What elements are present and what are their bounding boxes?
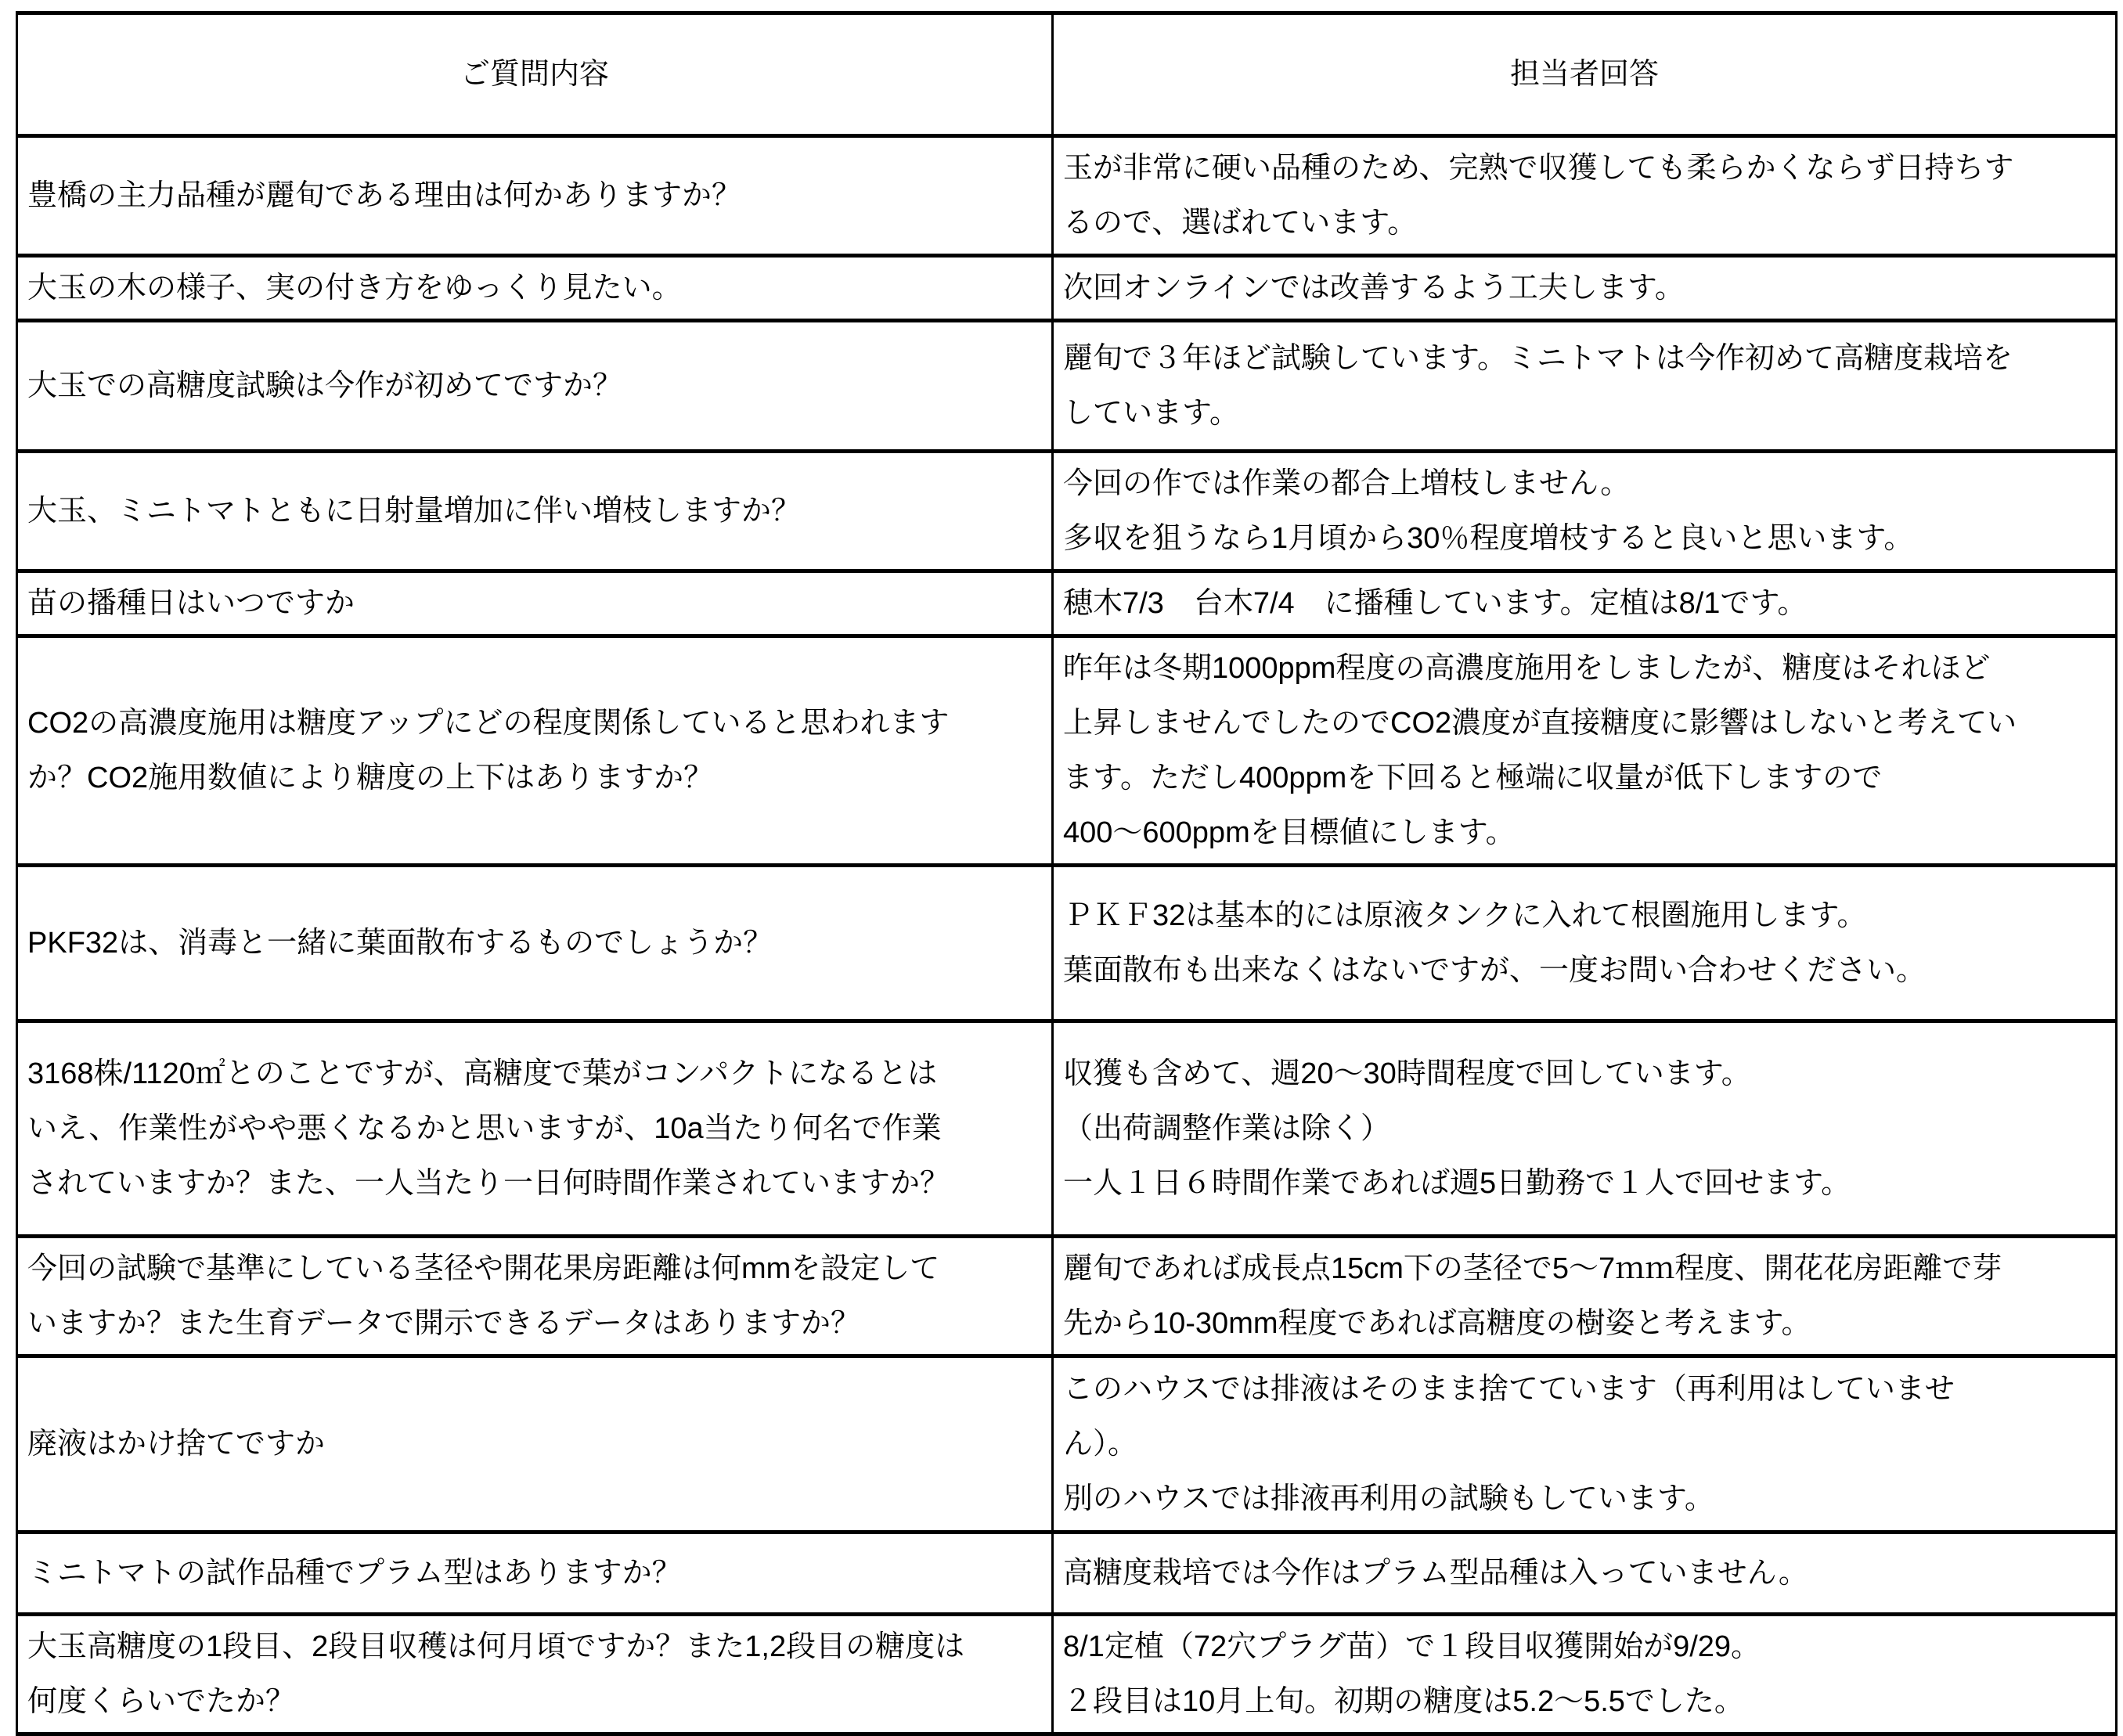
text-line: 3168株/1120㎡とのことですが、高糖度で葉がコンパクトになるとは [27,1046,1042,1101]
table-row: PKF32は、消毒と一緒に葉面散布するものでしょうか？ＰＫＦ32は基本的には原液… [17,866,2117,1021]
text-line: 豊橋の主力品種が麗旬である理由は何かありますか？ [27,168,1042,223]
text-line: 400～600ppmを目標値にします。 [1063,805,2106,860]
text-line: 多収を狙うなら1月頃から30％程度増枝すると良いと思います。 [1063,511,2106,566]
answer-cell: 8/1定植（72穴プラグ苗）で１段目収獲開始が9/29。２段目は10月上旬。初期… [1053,1615,2117,1734]
text-line: 玉が非常に硬い品種のため、完熟で収獲しても柔らかくならず日持ちす [1063,141,2106,196]
text-line: ２段目は10月上旬。初期の糖度は5.2～5.5でした。 [1063,1674,2106,1729]
text-line: 苗の播種日はいつですか [27,576,1042,631]
text-line: 穂木7/3 台木7/4 に播種しています。定植は8/1です。 [1063,576,2106,631]
text-line: 今回の試験で基準にしている茎径や開花果房距離は何mmを設定して [27,1241,1042,1296]
text-line: 大玉での高糖度試験は今作が初めてですか？ [27,358,1042,413]
text-line: 麗旬であれば成長点15cm下の茎径で5～7ｍｍ程度、開花花房距離で芽 [1063,1241,2106,1296]
text-line: 先から10-30mm程度であれば高糖度の樹姿と考えます。 [1063,1296,2106,1351]
text-line: るので、選ばれています。 [1063,196,2106,250]
text-line: 何度くらいでたか？ [27,1674,1042,1729]
text-line: 大玉高糖度の1段目、2段目収穫は何月頃ですか？また1,2段目の糖度は [27,1619,1042,1674]
answer-cell: 麗旬で３年ほど試験しています。ミニトマトは今作初めて高糖度栽培をしています。 [1053,321,2117,452]
text-line: このハウスでは排液はそのまま捨てています（再利用はしていませ [1063,1362,2106,1417]
text-line: 一人１日６時間作業であれば週5日勤務で１人で回せます。 [1063,1156,2106,1211]
text-line: か？CO2施用数値により糖度の上下はありますか？ [27,751,1042,805]
table-row: 大玉、ミニトマトともに日射量増加に伴い増枝しますか？今回の作では作業の都合上増枝… [17,452,2117,571]
text-line: 収獲も含めて、週20～30時間程度で回しています。 [1063,1046,2106,1101]
header-row: ご質問内容 担当者回答 [17,13,2117,136]
text-line: されていますか？また、一人当たり一日何時間作業されていますか？ [27,1156,1042,1211]
text-line: ます。ただし400ppmを下回ると極端に収量が低下しますので [1063,751,2106,805]
question-cell: 今回の試験で基準にしている茎径や開花果房距離は何mmを設定していますか？また生育… [17,1237,1053,1356]
text-line: 廃液はかけ捨てですか [27,1417,1042,1471]
question-cell: 苗の播種日はいつですか [17,571,1053,636]
text-line: 別のハウスでは排液再利用の試験もしています。 [1063,1471,2106,1526]
table-row: 豊橋の主力品種が麗旬である理由は何かありますか？玉が非常に硬い品種のため、完熟で… [17,136,2117,256]
table-row: 3168株/1120㎡とのことですが、高糖度で葉がコンパクトになるとはいえ、作業… [17,1021,2117,1237]
question-cell: 大玉の木の様子、実の付き方をゆっくり見たい。 [17,256,1053,321]
text-line: 大玉、ミニトマトともに日射量増加に伴い増枝しますか？ [27,484,1042,538]
text-line: 上昇しませんでしたのでCO2濃度が直接糖度に影響はしないと考えてい [1063,696,2106,751]
header-question: ご質問内容 [17,13,1053,136]
qa-table: ご質問内容 担当者回答 豊橋の主力品種が麗旬である理由は何かありますか？玉が非常… [16,11,2118,1736]
text-line: 今回の作では作業の都合上増枝しません。 [1063,456,2106,511]
answer-cell: 今回の作では作業の都合上増枝しません。多収を狙うなら1月頃から30％程度増枝する… [1053,452,2117,571]
text-line: PKF32は、消毒と一緒に葉面散布するものでしょうか？ [27,916,1042,971]
question-cell: CO2の高濃度施用は糖度アップにどの程度関係していると思われますか？CO2施用数… [17,636,1053,866]
text-line: ん）。 [1063,1417,2106,1471]
text-line: 葉面散布も出来なくはないですが、一度お問い合わせください。 [1063,943,2106,998]
question-cell: 廃液はかけ捨てですか [17,1356,1053,1533]
text-line: しています。 [1063,386,2106,441]
answer-cell: 玉が非常に硬い品種のため、完熟で収獲しても柔らかくならず日持ちするので、選ばれて… [1053,136,2117,256]
table-row: 今回の試験で基準にしている茎径や開花果房距離は何mmを設定していますか？また生育… [17,1237,2117,1356]
text-line: 大玉の木の様子、実の付き方をゆっくり見たい。 [27,261,1042,315]
table-row: 大玉の木の様子、実の付き方をゆっくり見たい。次回オンラインでは改善するよう工夫し… [17,256,2117,321]
text-line: いえ、作業性がやや悪くなるかと思いますが、10a当たり何名で作業 [27,1101,1042,1156]
qa-rows: 豊橋の主力品種が麗旬である理由は何かありますか？玉が非常に硬い品種のため、完熟で… [17,136,2117,1734]
answer-cell: 次回オンラインでは改善するよう工夫します。 [1053,256,2117,321]
text-line: （出荷調整作業は除く） [1063,1101,2106,1156]
text-line: ＰＫＦ32は基本的には原液タンクに入れて根圏施用します。 [1063,888,2106,943]
table-row: 苗の播種日はいつですか穂木7/3 台木7/4 に播種しています。定植は8/1です… [17,571,2117,636]
answer-cell: ＰＫＦ32は基本的には原液タンクに入れて根圏施用します。葉面散布も出来なくはない… [1053,866,2117,1021]
answer-cell: 穂木7/3 台木7/4 に播種しています。定植は8/1です。 [1053,571,2117,636]
text-line: CO2の高濃度施用は糖度アップにどの程度関係していると思われます [27,696,1042,751]
table-row: 大玉での高糖度試験は今作が初めてですか？麗旬で３年ほど試験しています。ミニトマト… [17,321,2117,452]
answer-cell: 高糖度栽培では今作はプラム型品種は入っていません。 [1053,1533,2117,1615]
text-line: 昨年は冬期1000ppm程度の高濃度施用をしましたが、糖度はそれほど [1063,641,2106,696]
header-answer: 担当者回答 [1053,13,2117,136]
table-row: 大玉高糖度の1段目、2段目収穫は何月頃ですか？また1,2段目の糖度は何度くらいで… [17,1615,2117,1734]
question-cell: 大玉での高糖度試験は今作が初めてですか？ [17,321,1053,452]
question-cell: 大玉高糖度の1段目、2段目収穫は何月頃ですか？また1,2段目の糖度は何度くらいで… [17,1615,1053,1734]
text-line: いますか？また生育データで開示できるデータはありますか？ [27,1296,1042,1351]
question-cell: 豊橋の主力品種が麗旬である理由は何かありますか？ [17,136,1053,256]
table-row: ミニトマトの試作品種でプラム型はありますか？高糖度栽培では今作はプラム型品種は入… [17,1533,2117,1615]
question-cell: 3168株/1120㎡とのことですが、高糖度で葉がコンパクトになるとはいえ、作業… [17,1021,1053,1237]
question-cell: 大玉、ミニトマトともに日射量増加に伴い増枝しますか？ [17,452,1053,571]
table-row: CO2の高濃度施用は糖度アップにどの程度関係していると思われますか？CO2施用数… [17,636,2117,866]
text-line: ミニトマトの試作品種でプラム型はありますか？ [27,1546,1042,1601]
text-line: 麗旬で３年ほど試験しています。ミニトマトは今作初めて高糖度栽培を [1063,331,2106,386]
answer-cell: このハウスでは排液はそのまま捨てています（再利用はしていません）。別のハウスでは… [1053,1356,2117,1533]
text-line: 8/1定植（72穴プラグ苗）で１段目収獲開始が9/29。 [1063,1619,2106,1674]
answer-cell: 麗旬であれば成長点15cm下の茎径で5～7ｍｍ程度、開花花房距離で芽先から10-… [1053,1237,2117,1356]
text-line: 高糖度栽培では今作はプラム型品種は入っていません。 [1063,1546,2106,1601]
text-line: 次回オンラインでは改善するよう工夫します。 [1063,261,2106,315]
answer-cell: 収獲も含めて、週20～30時間程度で回しています。（出荷調整作業は除く）一人１日… [1053,1021,2117,1237]
table-row: 廃液はかけ捨てですかこのハウスでは排液はそのまま捨てています（再利用はしていませ… [17,1356,2117,1533]
question-cell: PKF32は、消毒と一緒に葉面散布するものでしょうか？ [17,866,1053,1021]
question-cell: ミニトマトの試作品種でプラム型はありますか？ [17,1533,1053,1615]
answer-cell: 昨年は冬期1000ppm程度の高濃度施用をしましたが、糖度はそれほど上昇しません… [1053,636,2117,866]
